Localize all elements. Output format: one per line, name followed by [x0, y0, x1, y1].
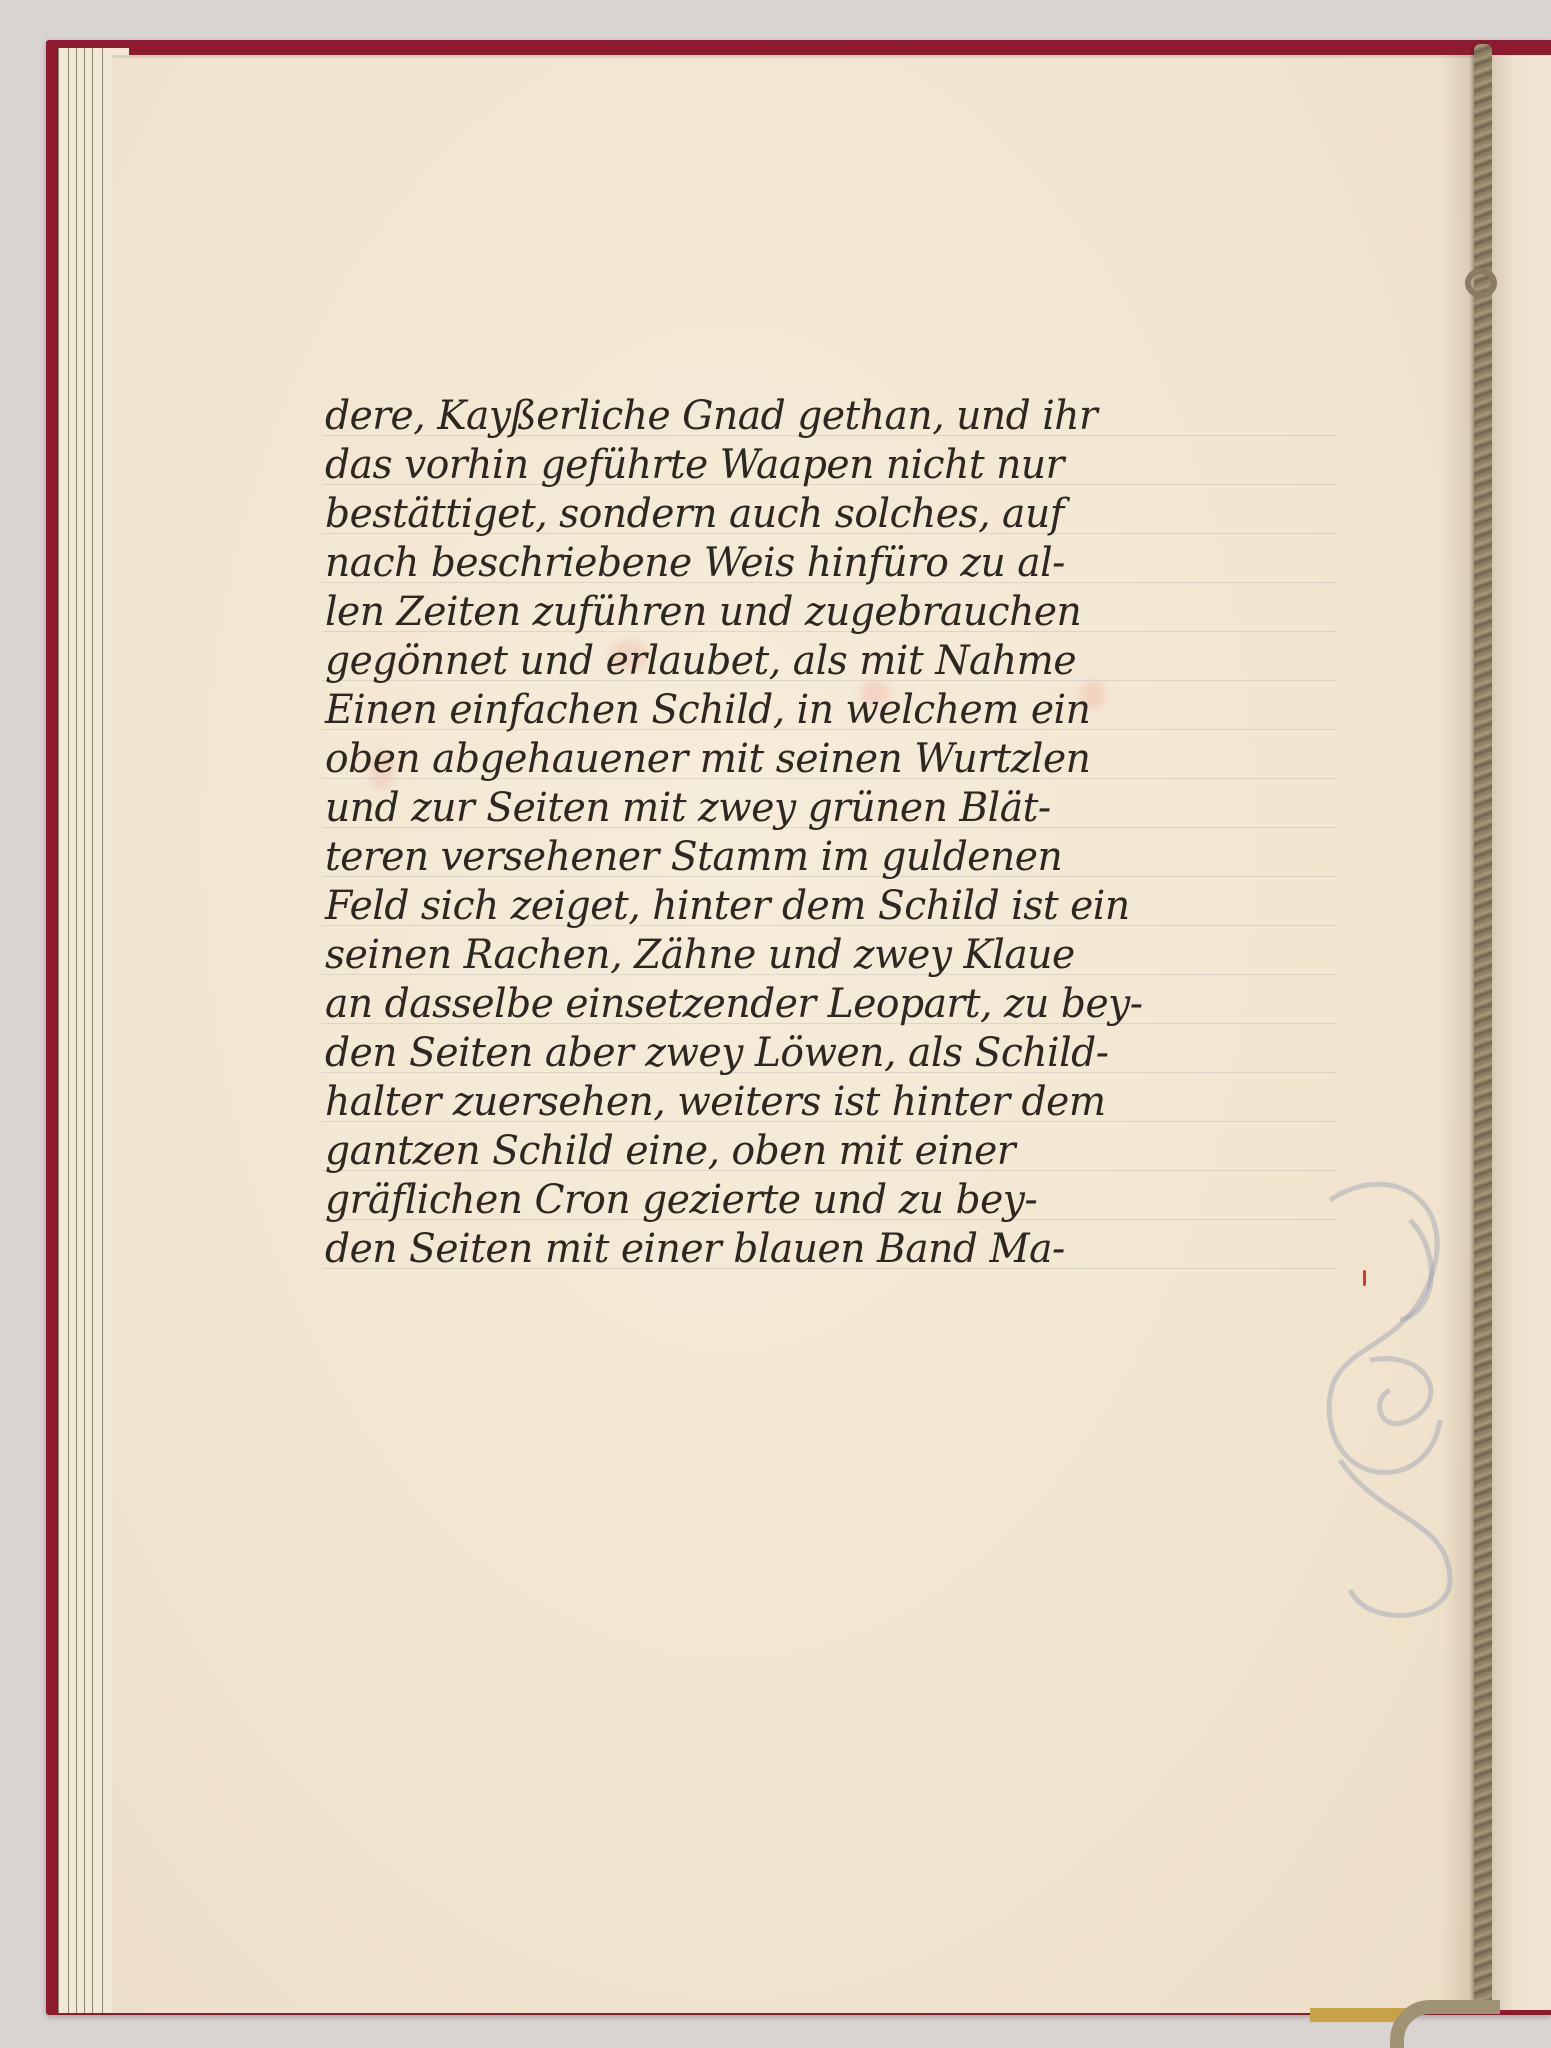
red-ink-mark: [1363, 1270, 1366, 1286]
text-line: den Seiten aber zwey Löwen, als Schild-: [325, 1029, 1325, 1078]
text-line: gegönnet und erlaubet, als mit Nahme: [325, 637, 1325, 686]
text-line: den Seiten mit einer blauen Band Ma-: [325, 1225, 1325, 1274]
text-line: teren versehener Stamm im guldenen: [325, 833, 1325, 882]
binding-cord-loop: [1390, 2000, 1500, 2048]
text-line: len Zeiten zuführen und zugebrauchen: [325, 588, 1325, 637]
text-line: Feld sich zeiget, hinter dem Schild ist …: [325, 882, 1325, 931]
manuscript-text: dere, Kayßerliche Gnad gethan, und ihr d…: [325, 392, 1345, 1274]
cord-knot-icon: [1465, 268, 1497, 298]
text-line: gantzen Schild eine, oben mit einer: [325, 1127, 1325, 1176]
text-line: gräflichen Cron gezierte und zu bey-: [325, 1176, 1325, 1225]
binding-cord: [1474, 44, 1492, 2004]
text-line: dere, Kayßerliche Gnad gethan, und ihr: [325, 392, 1325, 441]
text-line: nach beschriebene Weis hinfüro zu al-: [325, 539, 1325, 588]
text-line: an dasselbe einsetzender Leopart, zu bey…: [325, 980, 1325, 1029]
text-line: halter zuersehen, weiters ist hinter dem: [325, 1078, 1325, 1127]
text-line: bestättiget, sondern auch solches, auf: [325, 490, 1325, 539]
text-line: oben abgehauener mit seinen Wurtzlen: [325, 735, 1325, 784]
facing-page-edge: [1492, 55, 1551, 2010]
text-line: seinen Rachen, Zähne und zwey Klaue: [325, 931, 1325, 980]
text-line: und zur Seiten mit zwey grünen Blät-: [325, 784, 1325, 833]
text-line: Einen einfachen Schild, in welchem ein: [325, 686, 1325, 735]
text-line: das vorhin geführte Waapen nicht nur: [325, 441, 1325, 490]
